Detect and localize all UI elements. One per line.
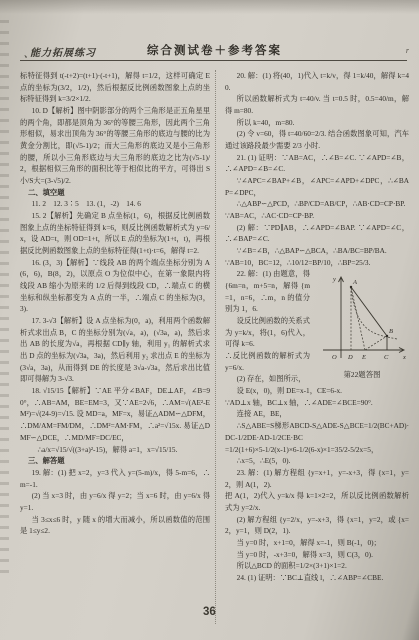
answer-paragraph: (2) 令 v=60，得 t=40/60=2/3. 结合函数图象可知，汽车通过该… (225, 128, 409, 151)
left-paragraph-list: 标特征得到 t(-t+2)=(t+1)·(-t+1)，解得 t=1/2，这样可确… (20, 70, 210, 537)
answer-paragraph: 设 E(x，0)，则 DE=x-1，CE=6-x. (225, 385, 409, 397)
origin-label: O (332, 354, 337, 361)
scanned-answer-page: 、能力拓展练习 综合测试卷＋参考答案 r 标特征得到 t(-t+2)=(t+1)… (0, 0, 419, 640)
answer-paragraph: (2) 解方程组 {y=2/x，y=-x+3，得 {x=1，y=2，或 {x=2… (225, 514, 409, 537)
answer-paragraph: 三、解答题 (20, 455, 210, 467)
header-center-title: 综合测试卷＋参考答案 (24, 42, 405, 58)
answer-paragraph: ∵AB=10，BC=12，∴10/12=BP/10，∴BP=25/3. (225, 257, 409, 269)
answer-paragraph: 20. 解：(1) 将(40，1)代入 t=k/v，得 1=k/40，解得 k=… (225, 70, 409, 93)
answer-paragraph: 17. 3-√3【解析】设 A 点坐标为(0，a)，利用两个函数解析式求出点 B… (20, 315, 210, 385)
answer-paragraph: 所以△BCD 的面积=1/2×(3+1)×1=2. (225, 560, 409, 572)
answer-paragraph: ∴a/x=√15/√((3+a)²-15)，解得 a=1，x=√15/15. (20, 444, 210, 456)
scan-edge-artifact (0, 20, 9, 580)
answer-paragraph: 连接 AE，BE， (225, 408, 409, 420)
answer-paragraph: 把 A(1，2)代入 y=k/x 得 k=1×2=2，所以反比例函数解析式为 y… (225, 490, 409, 513)
answer-paragraph: 10. D【解析】图中阴影部分的两个三角形是正五角星里的两个角，即都是顶角为 3… (20, 105, 210, 187)
answer-paragraph: =1/2(1+6)×5-1/2(x-1)×6-1/2(6-x)×1=35/2-5… (225, 444, 409, 456)
figure-caption: 第22题答图 (315, 369, 409, 380)
question-22-figure: y x O D E C A B 第22题答图 (315, 270, 409, 380)
answer-paragraph: ∴△ABP∽△PCD，∴BP/CD=AB/CP，∴AB·CD=CP·BP. (225, 198, 409, 210)
answer-paragraph: 19. 解：(1) 把 x=2，y=3 代入 y=(5-m)/x，得 5-m=6… (20, 467, 210, 490)
answer-paragraph: 11. 2 12. 3∶5 13. (1，-2) 14. 6 (20, 198, 210, 210)
answer-paragraph: 16. (3，3)【解析】∵线段 AB 的两个端点坐标分别为 A(6，6)，B(… (20, 257, 210, 315)
point-a-dot (350, 286, 352, 288)
page-number: 36 (203, 606, 216, 618)
answers-content: 标特征得到 t(-t+2)=(t+1)·(-t+1)，解得 t=1/2，这样可确… (20, 70, 409, 624)
point-d-label: D (347, 354, 353, 361)
answer-paragraph: 21. (1) 证明：∵AB=AC，∴∠B=∠C. ∵∠APD=∠B，∴∠APD… (225, 152, 409, 175)
answer-paragraph: (2) 当 x=3 时，由 y=6/x 得 y=2；当 x=6 时，由 y=6/… (20, 490, 210, 513)
answer-paragraph: 所以 k=40，m=80. (225, 117, 409, 129)
right-paragraph-list-top: 20. 解：(1) 将(40，1)代入 t=k/v，得 1=k/40，解得 k=… (225, 70, 409, 268)
answer-paragraph: ∵AD⊥x 轴，BC⊥x 轴，∴∠ADE=∠BCE=90°. (225, 397, 409, 409)
header-divider (20, 60, 407, 61)
answer-paragraph: 24. (1) 证明：∵BC⊥直线 l，∴∠ABP=∠CBE. (225, 572, 409, 584)
point-c-label: C (384, 354, 389, 361)
answer-paragraph: 15. 2【解析】先确定 B 点坐标(1，6)，根据反比例函数图象上点的坐标特征… (20, 210, 210, 257)
answer-paragraph: 23. 解：(1) 解方程组 {y=x+1，y=-x+3，得 {x=1，y=2，… (225, 467, 409, 490)
point-b-dot (386, 335, 388, 337)
answer-paragraph: (2) 解：∵PD∥AB，∴∠APD=∠BAP. ∵∠APD=∠C，∴∠BAP=… (225, 222, 409, 245)
answer-paragraph: ∵∠APC=∠BAP+∠B，∠APC=∠APD+∠DPC，∴∠BAP=∠DPC， (225, 175, 409, 198)
page-header: 、能力拓展练习 综合测试卷＋参考答案 r (24, 42, 405, 60)
answer-paragraph: ∴x=5，∴E(5，0). (225, 455, 409, 467)
answer-paragraph: ∵AB=AC，∴AC·CD=CP·BP. (225, 210, 409, 222)
hyperbola-graph: y x O D E C A B (315, 270, 409, 368)
answer-paragraph: ∵∠B=∠B，∴△BAP∽△BCA，∴BA/BC=BP/BA. (225, 245, 409, 257)
answer-paragraph: 当 y=0 时，-x+3=0，解得 x=3，则 C(3，0). (225, 549, 409, 561)
answer-paragraph: 当 y=0 时，x+1=0，解得 x=-1，则 B(-1，0)； (225, 537, 409, 549)
point-b-label: B (389, 328, 393, 335)
answer-paragraph: 标特征得到 t(-t+2)=(t+1)·(-t+1)，解得 t=1/2，这样可确… (20, 70, 210, 105)
scan-corner-mark: r (406, 46, 409, 55)
answer-paragraph: 所以函数解析式为 t=40/v. 当 t=0.5 时，0.5=40/m，解得 m… (225, 93, 409, 116)
left-column: 标特征得到 t(-t+2)=(t+1)·(-t+1)，解得 t=1/2，这样可确… (20, 70, 210, 624)
answer-paragraph: 二、填空题 (20, 187, 210, 199)
point-e-label: E (361, 354, 366, 361)
answer-paragraph: 18. √15/15【解析】∵AE 平分∠BAF，DE⊥AF，∠B=90°，∴A… (20, 385, 210, 443)
point-a-label: A (352, 279, 357, 286)
x-axis-label: x (402, 354, 406, 361)
y-axis-label: y (332, 276, 336, 283)
answer-paragraph: 当 3≤x≤6 时，y 随 x 的增大而减小，所以函数值的范围是 1≤y≤2. (20, 514, 210, 537)
answer-paragraph: ∴S△ABE=S梯形ABCD-S△ADE-S△BCE=1/2(BC+AD)·DC… (225, 420, 409, 443)
right-column: 20. 解：(1) 将(40，1)代入 t=k/v，得 1=k/40，解得 k=… (215, 70, 409, 624)
